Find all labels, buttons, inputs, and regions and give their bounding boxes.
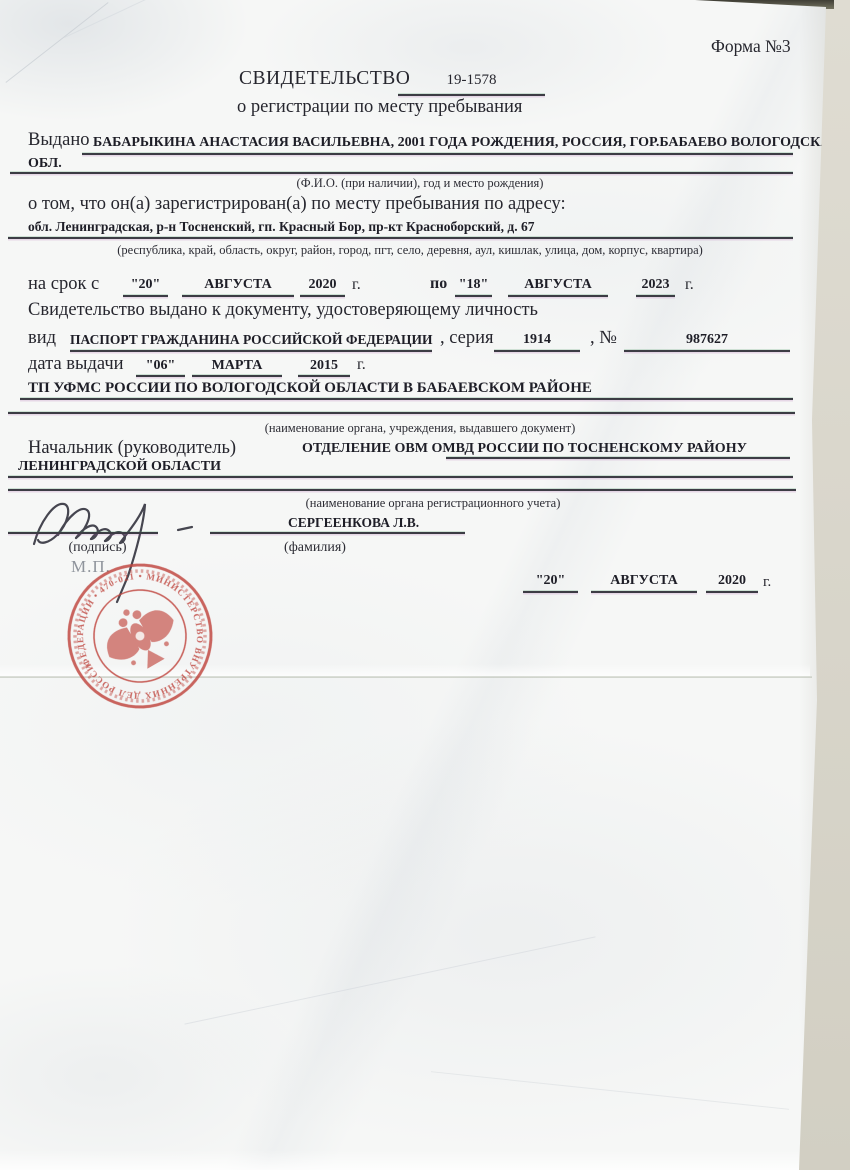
issuing-authority-line <box>20 398 793 400</box>
registration-org-line2: ЛЕНИНГРАДСКОЙ ОБЛАСТИ <box>18 459 221 475</box>
form-number-label: Форма №3 <box>711 36 791 57</box>
official-name-line <box>210 532 465 534</box>
registration-intro: о том, что он(а) зарегистрирован(а) по м… <box>28 194 566 215</box>
period-to-day: "18" <box>455 277 492 293</box>
person-name-line-2 <box>10 172 793 174</box>
document-kind-value: ПАСПОРТ ГРАЖДАНИНА РОССИЙСКОЙ ФЕДЕРАЦИИ <box>70 332 432 348</box>
issue-month-line <box>192 375 282 377</box>
period-to-label: по <box>430 275 447 293</box>
document-kind-label: вид <box>28 328 56 349</box>
issued-label: Выдано <box>28 130 90 151</box>
scanned-certificate-page: Форма №3 СВИДЕТЕЛЬСТВО 19-1578 о регистр… <box>0 0 850 1170</box>
fio-caption: (Ф.И.О. (при наличии), год и место рожде… <box>240 176 600 191</box>
period-label: на срок с <box>28 274 99 295</box>
period-from-month-line <box>182 295 294 297</box>
address-value: обл. Ленинградская, р-н Тосненский, гп. … <box>28 219 535 235</box>
issue-month: МАРТА <box>192 358 282 374</box>
document-series-label: , серия <box>440 328 494 349</box>
issue-year-line <box>298 375 350 377</box>
official-name-value: СЕРГЕЕНКОВА Л.В. <box>288 515 419 531</box>
issuing-authority-value: ТП УФМС РОССИИ ПО ВОЛОГОДСКОЙ ОБЛАСТИ В … <box>28 380 592 397</box>
issue-day: "06" <box>136 358 185 374</box>
period-from-year-suffix: г. <box>352 276 361 294</box>
certificate-paper: Форма №3 СВИДЕТЕЛЬСТВО 19-1578 о регистр… <box>0 0 850 1170</box>
person-name-line <box>82 153 793 155</box>
issue-day-line <box>136 375 185 377</box>
period-from-month: АВГУСТА <box>182 277 294 293</box>
bottom-date-day: "20" <box>523 573 578 589</box>
registration-org-line1: ОТДЕЛЕНИЕ ОВМ ОМВД РОССИИ ПО ТОСНЕНСКОМУ… <box>302 441 747 457</box>
certificate-heading: СВИДЕТЕЛЬСТВО <box>239 68 410 90</box>
period-to-year-suffix: г. <box>685 276 694 294</box>
document-number-value: 987627 <box>624 332 790 348</box>
bottom-date-day-line <box>523 591 578 593</box>
issuing-authority-line-2 <box>8 412 795 414</box>
bottom-date-month: АВГУСТА <box>591 573 697 589</box>
certificate-number-line <box>398 94 545 96</box>
signature-line <box>8 532 158 534</box>
corner-crease-2 <box>64 0 146 38</box>
name-caption: (фамилия) <box>255 540 375 556</box>
address-caption: (республика, край, область, округ, район… <box>90 243 730 258</box>
bottom-date-year: 2020 <box>706 573 758 589</box>
period-to-year: 2023 <box>636 277 675 293</box>
issue-date-label: дата выдачи <box>28 354 124 375</box>
bottom-fold-band <box>0 1150 800 1170</box>
lower-crease-1 <box>184 936 595 1024</box>
document-kind-line <box>70 350 432 352</box>
bottom-date-year-suffix: г. <box>763 574 771 591</box>
period-from-year-line <box>300 295 345 297</box>
registration-org-caption: (наименование органа регистрационного уч… <box>258 496 608 511</box>
document-number-line <box>624 350 790 352</box>
certificate-subtitle: о регистрации по месту пребывания <box>237 97 522 118</box>
issue-year: 2015 <box>298 358 350 374</box>
registration-org-line2-line <box>8 476 793 478</box>
official-position-label: Начальник (руководитель) <box>28 438 236 459</box>
period-to-month: АВГУСТА <box>508 277 608 293</box>
issue-year-suffix: г. <box>357 356 366 374</box>
document-number-label: , № <box>590 328 617 349</box>
person-name-value: БАБАРЫКИНА АНАСТАСИЯ ВАСИЛЬЕВНА, 2001 ГО… <box>93 135 840 151</box>
lower-crease-2 <box>431 1071 789 1110</box>
bottom-date-year-line <box>706 591 758 593</box>
period-to-year-line <box>636 295 675 297</box>
document-intro: Свидетельство выдано к документу, удосто… <box>28 300 538 321</box>
period-from-year: 2020 <box>300 277 345 293</box>
period-from-day: "20" <box>123 277 168 293</box>
person-name-value-2: ОБЛ. <box>28 156 62 172</box>
issuing-authority-caption: (наименование органа, учреждения, выдавш… <box>220 421 620 436</box>
certificate-number: 19-1578 <box>398 72 545 89</box>
ink-speck <box>810 1148 815 1152</box>
registration-org-line1-line <box>446 457 790 459</box>
corner-crease <box>5 2 108 83</box>
period-to-month-line <box>508 295 608 297</box>
period-from-day-line <box>123 295 168 297</box>
document-series-value: 1914 <box>494 332 580 348</box>
document-series-line <box>494 350 580 352</box>
address-line <box>8 237 793 239</box>
period-to-day-line <box>455 295 492 297</box>
bottom-date-month-line <box>591 591 697 593</box>
